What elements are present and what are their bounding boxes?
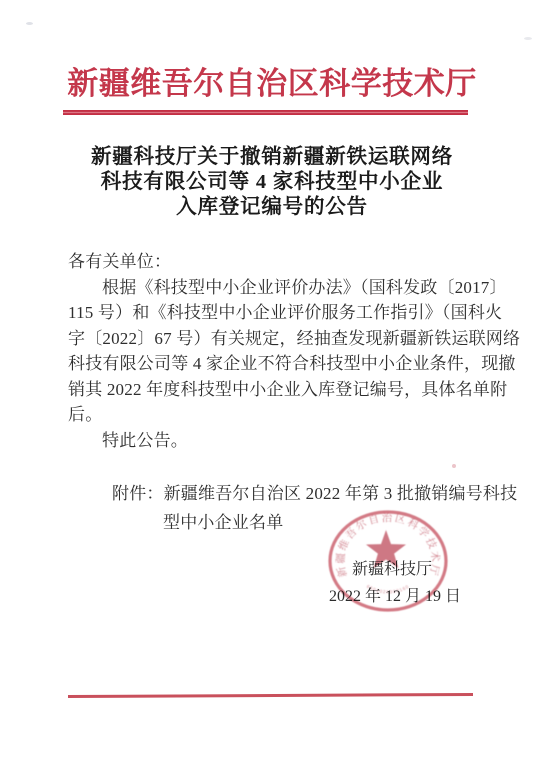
scan-speck xyxy=(26,22,33,25)
document-title: 新疆科技厅关于撤销新疆新铁运联网络 科技有限公司等 4 家科技型中小企业 入库登… xyxy=(30,145,514,220)
body-line: 根据《科技型中小企业评价办法》（国科发政〔2017〕 xyxy=(68,275,478,301)
body-line: 115 号）和《科技型中小企业评价服务工作指引》（国科火 xyxy=(68,300,478,326)
body-line: 科技有限公司等 4 家企业不符合科技型中小企业条件，现撤 xyxy=(68,351,478,377)
footer-rule xyxy=(68,693,473,698)
attachment-line-1: 附件：新疆维吾尔自治区 2022 年第 3 批撤销编号科技 xyxy=(112,480,492,509)
body-line: 销其 2022 年度科技型中小企业入库登记编号，具体名单附 xyxy=(68,377,478,403)
closing-line: 特此公告。 xyxy=(68,428,478,454)
attachment-note: 附件：新疆维吾尔自治区 2022 年第 3 批撤销编号科技 型中小企业名单 xyxy=(112,480,492,537)
title-line-3: 入库登记编号的公告 xyxy=(30,195,514,220)
document-body: 各有关单位： 根据《科技型中小企业评价办法》（国科发政〔2017〕 115 号）… xyxy=(68,249,478,453)
signer-name: 新疆科技厅 xyxy=(352,556,432,579)
attachment-text: 新疆维吾尔自治区 2022 年第 3 批撤销编号科技 xyxy=(164,484,518,503)
document-page: 新疆维吾尔自治区科学技术厅 新疆科技厅关于撤销新疆新铁运联网络 科技有限公司等 … xyxy=(0,0,558,768)
header-rule xyxy=(63,110,468,115)
agency-header: 新疆维吾尔自治区科学技术厅 xyxy=(60,58,484,103)
document-date: 2022 年 12 月 19 日 xyxy=(320,583,470,606)
body-line: 后。 xyxy=(68,402,478,428)
scan-speck xyxy=(524,37,532,40)
scan-speck xyxy=(452,464,456,468)
salutation: 各有关单位： xyxy=(68,249,478,275)
title-line-1: 新疆科技厅关于撤销新疆新铁运联网络 xyxy=(30,145,514,170)
title-line-2: 科技有限公司等 4 家科技型中小企业 xyxy=(30,170,514,195)
attachment-line-2: 型中小企业名单 xyxy=(112,509,492,538)
body-line: 字〔2022〕67 号）有关规定，经抽查发现新疆新铁运联网络 xyxy=(68,326,478,352)
attachment-label: 附件： xyxy=(112,484,164,503)
